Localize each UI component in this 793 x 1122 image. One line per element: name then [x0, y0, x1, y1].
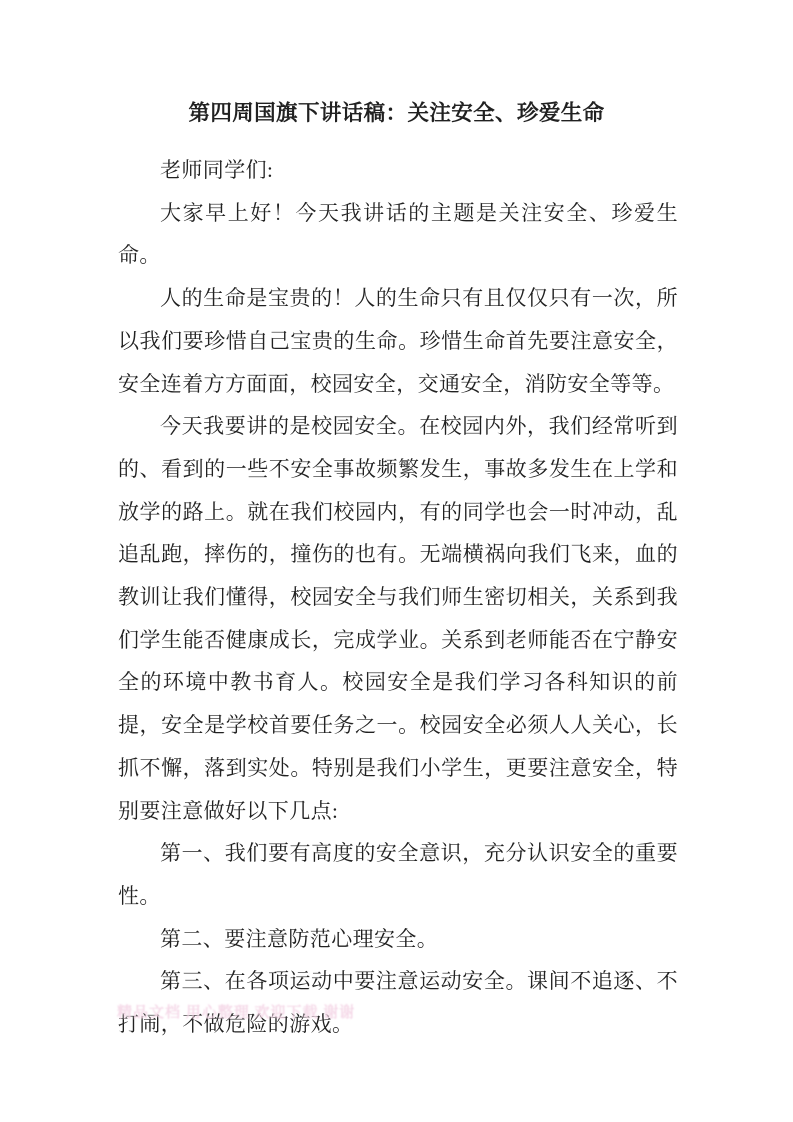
paragraph-life-precious: 人的生命是宝贵的！人的生命只有且仅仅只有一次，所以我们要珍惜自己宝贵的生命。珍惜…	[118, 277, 678, 405]
paragraph-point-two: 第二、要注意防范心理安全。	[118, 918, 678, 961]
paragraph-greeting: 老师同学们:	[118, 149, 678, 192]
paragraph-campus-safety: 今天我要讲的是校园安全。在校园内外，我们经常听到的、看到的一些不安全事故频繁发生…	[118, 405, 678, 832]
paragraph-point-one: 第一、我们要有高度的安全意识，充分认识安全的重要性。	[118, 832, 678, 917]
document-title: 第四周国旗下讲话稿：关注安全、珍爱生命	[0, 99, 793, 127]
document-body: 老师同学们: 大家早上好！今天我讲话的主题是关注安全、珍爱生命。 人的生命是宝贵…	[118, 149, 678, 1046]
watermark-text: 精品文档 用心整理 欢迎下载 谢谢	[117, 1001, 355, 1022]
paragraph-opening: 大家早上好！今天我讲话的主题是关注安全、珍爱生命。	[118, 192, 678, 277]
document-page: 第四周国旗下讲话稿：关注安全、珍爱生命 老师同学们: 大家早上好！今天我讲话的主…	[0, 0, 793, 1122]
